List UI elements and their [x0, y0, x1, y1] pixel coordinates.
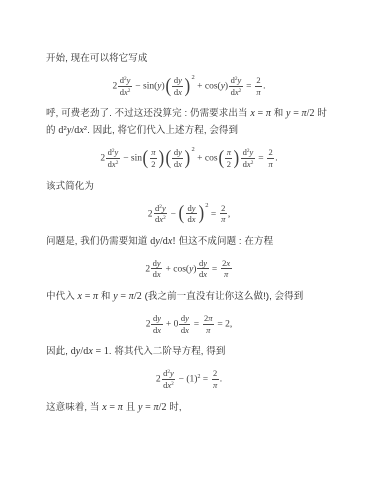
denominator: dx: [151, 269, 162, 280]
numerator: dy: [179, 313, 190, 325]
math-italic: π: [206, 325, 210, 335]
fraction: 2π: [255, 75, 262, 97]
fraction: d2ydx2: [106, 147, 120, 169]
numerator: dy: [172, 75, 183, 87]
math-roman: + cos(: [163, 264, 189, 274]
math-italic: x: [178, 87, 182, 97]
math-roman: 2: [213, 368, 217, 378]
denominator: π: [255, 87, 262, 98]
denominator: dx2: [154, 214, 168, 225]
math-roman: = 2,: [215, 319, 232, 329]
fraction: d2ydx2: [118, 75, 132, 97]
denominator: dx2: [229, 87, 243, 98]
math-roman: .: [275, 154, 277, 164]
superscript: 2: [128, 88, 131, 94]
fraction: 2ππ: [203, 313, 215, 335]
text-run: . 将其代入二阶导方程, 得到: [109, 346, 226, 357]
close-paren-icon: ): [185, 149, 191, 168]
denominator: π: [203, 325, 215, 336]
fraction: 2π: [212, 368, 219, 390]
math-roman: 2: [227, 159, 231, 169]
paragraph: 该式简化为: [46, 178, 332, 195]
numerator: 2: [212, 368, 219, 380]
math-roman: =: [256, 154, 266, 164]
math-italic: y: [185, 313, 189, 323]
math-roman: 2: [146, 319, 151, 329]
math-italic: x: [203, 269, 207, 279]
math-italic: π: [221, 214, 225, 224]
denominator: dx: [179, 325, 190, 336]
math-roman: =: [118, 291, 129, 302]
math-roman: =: [291, 108, 302, 119]
math-roman: 2: [145, 264, 150, 274]
math-roman: =: [200, 375, 210, 385]
equation: 2dydx + cos(y)dydx = 2xπ: [46, 258, 332, 280]
math-italic: y: [192, 203, 196, 213]
text-run: 开始, 现在可以将它写成: [46, 53, 147, 64]
fraction: dydx: [151, 313, 162, 335]
equation: 2d2ydx2 − (dydx)2 = 2π,: [46, 203, 332, 225]
math-roman: 2: [156, 375, 161, 385]
math-italic: y: [127, 75, 131, 85]
superscript: 2: [192, 74, 195, 81]
math-italic: y: [237, 75, 241, 85]
document-page: 开始, 现在可以将它写成2d2ydx2 − sin(y)(dydx)2 + co…: [0, 0, 370, 480]
fraction: 2xπ: [221, 258, 232, 280]
math-roman: + cos(: [195, 81, 221, 91]
open-paren-icon: (: [218, 149, 224, 168]
fraction: dydx: [197, 258, 208, 280]
denominator: dx2: [106, 159, 120, 170]
equation: 2d2ydx2 − sin(y)(dydx)2 + cos(y)d2ydx2 =…: [46, 75, 332, 97]
paragraph: 因此, dy/dx = 1. 将其代入二阶导方程, 得到: [46, 343, 332, 360]
close-paren-icon: ): [234, 149, 240, 168]
math-roman: /2: [307, 108, 315, 119]
paragraph: 呼, 可费老劲了. 不过这还没算完 : 仍需要求出当 x = π 和 y = π…: [46, 105, 332, 139]
math-roman: 2: [148, 209, 153, 219]
math-roman: 2: [151, 159, 155, 169]
math-roman: 2: [256, 75, 260, 85]
math-roman: =: [82, 291, 93, 302]
fraction: dydx: [172, 75, 183, 97]
denominator: dx2: [118, 87, 132, 98]
paragraph: 问题是, 我们仍需要知道 dy/dx! 但这不成问题 : 在方程: [46, 233, 332, 250]
math-roman: /2: [134, 291, 142, 302]
math-italic: x: [178, 159, 182, 169]
math-italic: π: [268, 159, 272, 169]
fraction: d2ydx2: [154, 203, 168, 225]
numerator: 2: [255, 75, 262, 87]
paren-group: (π2): [142, 147, 165, 169]
numerator: dy: [151, 313, 162, 325]
superscript: 2: [192, 146, 195, 153]
numerator: d2y: [241, 147, 255, 159]
numerator: 2π: [203, 313, 215, 325]
denominator: 2: [150, 159, 157, 170]
numerator: dy: [186, 203, 197, 215]
math-roman: ): [225, 81, 228, 91]
denominator: dx2: [241, 159, 255, 170]
paragraph: 这意味着, 当 x = π 且 y = π/2 时,: [46, 399, 332, 416]
open-paren-icon: (: [179, 204, 185, 223]
text-run: 但这不成问题 : 在方程: [176, 236, 273, 247]
paragraph: 开始, 现在可以将它写成: [46, 50, 332, 67]
close-paren-icon: ): [185, 77, 191, 96]
math-roman: 2: [221, 203, 225, 213]
math-roman: .: [263, 81, 265, 91]
math-roman: =: [210, 264, 220, 274]
math-italic: π: [227, 147, 231, 157]
superscript: 2: [116, 160, 119, 166]
math-italic: x: [185, 325, 189, 335]
math-italic: π: [151, 147, 155, 157]
math-roman: =: [244, 81, 254, 91]
numerator: 2: [267, 147, 274, 159]
math-roman: =: [107, 402, 118, 413]
math-roman: ): [193, 264, 196, 274]
fraction: π2: [150, 147, 157, 169]
paren-group: (dydx)2: [178, 203, 208, 225]
close-paren-icon: ): [158, 149, 164, 168]
math-italic: y: [157, 258, 161, 268]
denominator: 2: [225, 159, 232, 170]
superscript: 2: [205, 202, 208, 209]
equation: 2dydx + 0dydx = 2ππ = 2,: [46, 313, 332, 335]
numerator: π: [225, 147, 232, 159]
math-italic: y: [170, 368, 174, 378]
math-roman: − sin: [121, 154, 142, 164]
math-roman: + 0: [164, 319, 179, 329]
superscript: 2: [163, 215, 166, 221]
numerator: dy: [151, 258, 162, 270]
denominator: π: [220, 214, 227, 225]
math-italic: π: [213, 380, 217, 390]
fraction: π2: [225, 147, 232, 169]
numerator: 2: [220, 203, 227, 215]
numerator: π: [150, 147, 157, 159]
math-italic: y: [157, 313, 161, 323]
math-italic: y: [203, 258, 207, 268]
paren-group: (π2): [218, 147, 241, 169]
math-roman: =: [208, 209, 218, 219]
paren-group: (dydx)2: [165, 75, 195, 97]
fraction: dydx: [172, 147, 183, 169]
math-roman: ,: [228, 209, 230, 219]
math-italic: π: [224, 269, 228, 279]
math-roman: =: [255, 108, 266, 119]
math-italic: x: [157, 269, 161, 279]
math-italic: y: [178, 75, 182, 85]
text-run: 和: [271, 108, 286, 119]
math-italic: x: [192, 214, 196, 224]
denominator: dx2: [162, 380, 176, 391]
text-run: 中代入: [46, 291, 78, 302]
text-run: 因此,: [46, 346, 71, 357]
denominator: dx: [186, 214, 197, 225]
text-run: 和: [98, 291, 113, 302]
math-roman: + cos: [195, 154, 218, 164]
math-roman: = 1: [93, 346, 109, 357]
math-italic: y: [162, 203, 166, 213]
text-run: 且: [123, 402, 138, 413]
denominator: dx: [197, 269, 208, 280]
math-roman: =: [191, 319, 201, 329]
equation: 2d2ydx2 − sin(π2)(dydx)2 + cos(π2)d2ydx2…: [46, 147, 332, 169]
numerator: d2y: [154, 203, 168, 215]
fraction: dydx: [179, 313, 190, 335]
numerator: d2y: [118, 75, 132, 87]
denominator: dx: [151, 325, 162, 336]
math-roman: − (1): [176, 375, 197, 385]
equation: 2d2ydx2 − (1)2 = 2π.: [46, 368, 332, 390]
text-run: 该式简化为: [46, 181, 94, 192]
paragraph: 中代入 x = π 和 y = π/2 (我之前一直没有让你这么做!), 会得到: [46, 288, 332, 305]
text-run: 这意味着, 当: [46, 402, 102, 413]
fraction: 2π: [267, 147, 274, 169]
denominator: dx: [172, 159, 183, 170]
text-run: 时,: [167, 402, 182, 413]
math-italic: y: [178, 147, 182, 157]
fraction: dydx: [186, 203, 197, 225]
math-roman: 2: [268, 147, 272, 157]
denominator: π: [267, 159, 274, 170]
text-run: 呼, 可费老劲了. 不过这还没算完 : 仍需要求出当: [46, 108, 250, 119]
numerator: 2x: [221, 258, 232, 270]
fraction: dydx: [151, 258, 162, 280]
math-roman: 2: [100, 154, 105, 164]
math-roman: 2: [112, 81, 117, 91]
fraction: d2ydx2: [241, 147, 255, 169]
math-italic: π: [256, 87, 260, 97]
math-roman: −: [168, 209, 178, 219]
open-paren-icon: (: [165, 149, 171, 168]
math-roman: /d: [160, 236, 168, 247]
denominator: π: [212, 380, 219, 391]
fraction: 2π: [220, 203, 227, 225]
math-roman: .: [220, 375, 222, 385]
superscript: 2: [171, 381, 174, 387]
text-run: (我之前一直没有让你这么做!), 会得到: [142, 291, 304, 302]
math-italic: x: [157, 325, 161, 335]
math-italic: y: [115, 147, 119, 157]
math-italic: π: [208, 313, 212, 323]
numerator: d2y: [162, 368, 176, 380]
fraction: d2ydx2: [162, 368, 176, 390]
open-paren-icon: (: [165, 77, 171, 96]
document-body: 开始, 现在可以将它写成2d2ydx2 − sin(y)(dydx)2 + co…: [46, 50, 332, 416]
denominator: dx: [172, 87, 183, 98]
superscript: 2: [251, 160, 254, 166]
math-roman: − sin(: [133, 81, 157, 91]
text-run: . 因此, 将它们代入上述方程, 会得到: [87, 125, 238, 136]
numerator: dy: [172, 147, 183, 159]
numerator: dy: [197, 258, 208, 270]
math-roman: =: [142, 402, 153, 413]
math-italic: x: [226, 258, 230, 268]
open-paren-icon: (: [143, 149, 149, 168]
paren-group: (dydx)2: [165, 147, 195, 169]
fraction: d2ydx2: [229, 75, 243, 97]
numerator: d2y: [106, 147, 120, 159]
denominator: π: [221, 269, 232, 280]
math-italic: y: [250, 147, 254, 157]
superscript: 2: [239, 88, 242, 94]
numerator: d2y: [229, 75, 243, 87]
math-roman: /2: [159, 402, 167, 413]
text-run: 问题是, 我们仍需要知道: [46, 236, 150, 247]
close-paren-icon: ): [199, 204, 205, 223]
